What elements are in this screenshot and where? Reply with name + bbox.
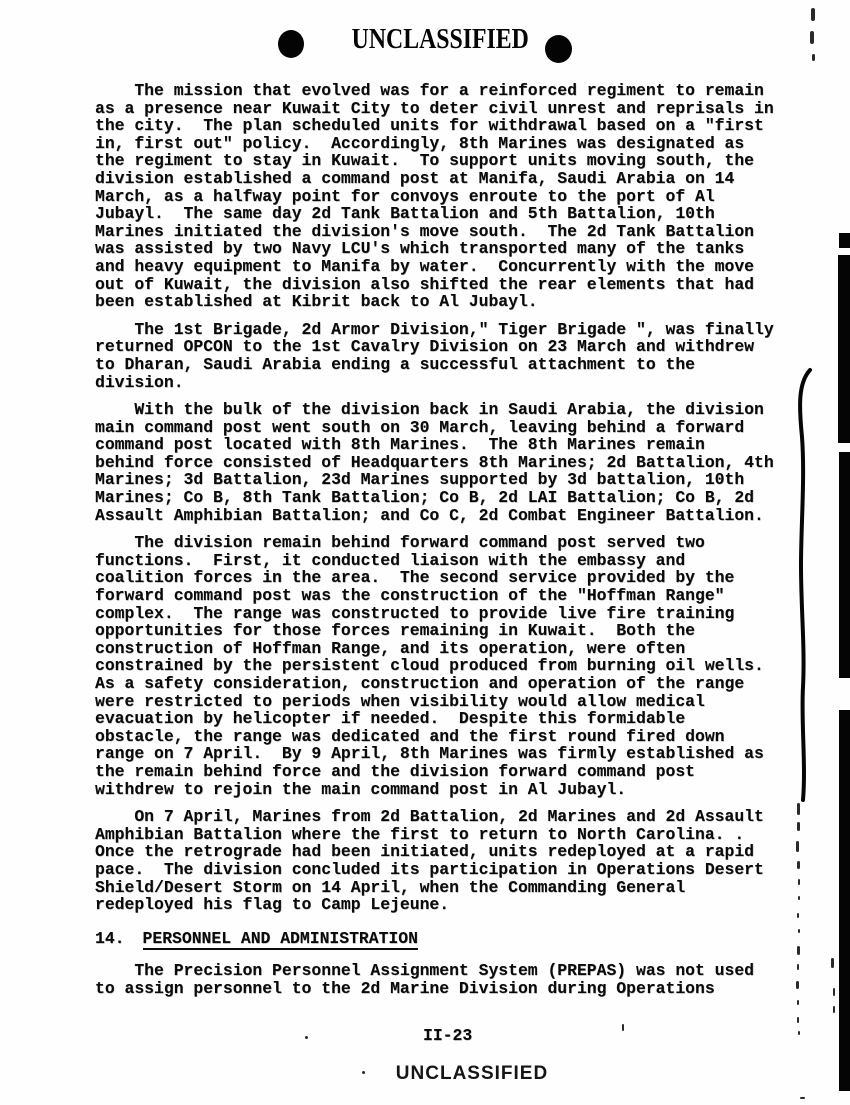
scan-artifact-speck: [622, 1024, 624, 1031]
scan-artifact-bar-1: [838, 255, 850, 443]
section-title: PERSONNEL AND ADMINISTRATION: [143, 930, 418, 951]
scan-artifact-dash: [797, 1000, 799, 1005]
paragraph-6: The Precision Personnel Assignment Syste…: [95, 962, 809, 997]
section-heading: 14.PERSONNEL AND ADMINISTRATION: [95, 930, 809, 951]
section-number: 14.: [95, 929, 125, 948]
paragraph-1: The mission that evolved was for a reinf…: [95, 82, 809, 311]
footer-classification: UNCLASSIFIED: [47, 1063, 850, 1085]
paragraph-4: The division remain behind forward comma…: [95, 534, 809, 798]
scan-artifact-tick-3: [812, 54, 815, 61]
scan-artifact-speck: [833, 988, 835, 996]
scan-artifact-dash: [797, 946, 800, 955]
scan-artifact-bar-2: [839, 452, 850, 678]
paragraph-2: The 1st Brigade, 2d Armor Division," Tig…: [95, 321, 809, 391]
scan-artifact-speck: [833, 1006, 835, 1013]
scan-artifact-squiggle-line: [790, 365, 820, 805]
header-classification: UNCLASSIFIED: [15, 24, 850, 56]
scan-artifact-bar-3: [839, 710, 850, 1091]
scan-artifact-dash: [797, 913, 799, 918]
header-classification-text: UNCLASSIFIED: [351, 24, 528, 56]
scan-artifact-dash: [798, 929, 800, 933]
paragraph-5: On 7 April, Marines from 2d Battalion, 2…: [95, 808, 809, 914]
scan-artifact-dash: [797, 822, 800, 831]
scan-artifact-speck: [362, 1071, 365, 1074]
document-body: The mission that evolved was for a reinf…: [95, 82, 809, 1008]
scan-artifact-speck: [831, 958, 834, 968]
scan-artifact-dash: [798, 879, 800, 885]
scan-artifact-dash: [798, 1031, 800, 1035]
scan-artifact-square: [839, 233, 850, 248]
stamp-oval-right-icon: [545, 35, 572, 63]
scan-artifact-speck: [800, 1097, 805, 1099]
page-number: II-23: [423, 1026, 472, 1045]
scan-artifact-dash: [796, 841, 799, 852]
scan-artifact-dash: [797, 1017, 799, 1023]
scan-artifact-dash: [797, 803, 800, 815]
scan-artifact-speck: [305, 1036, 308, 1039]
document-page: UNCLASSIFIED The mission that evolved wa…: [0, 0, 850, 1105]
scan-artifact-dash: [796, 981, 799, 989]
scan-artifact-dash: [797, 964, 799, 970]
scan-artifact-dash: [798, 896, 800, 900]
paragraph-3: With the bulk of the division back in Sa…: [95, 401, 809, 524]
scan-artifact-tick-2: [810, 31, 814, 44]
scan-artifact-tick-1: [811, 8, 815, 21]
scan-artifact-dash: [797, 861, 800, 869]
